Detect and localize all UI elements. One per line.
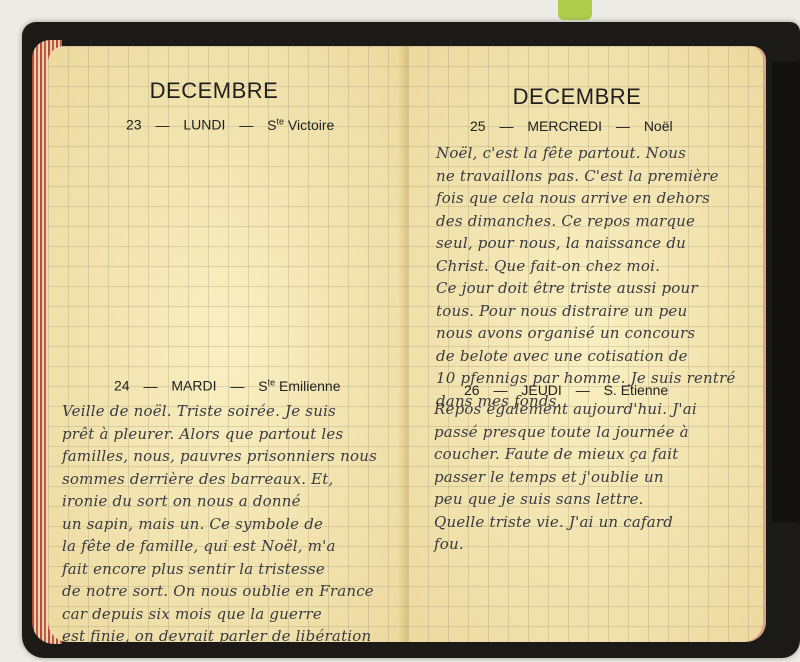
day-number: 25 — [470, 118, 486, 134]
separator: — — [616, 118, 630, 134]
day-header-26: 26 — JEUDI — S. Etienne — [464, 382, 668, 398]
day-header-24: 24 — MARDI — Ste Emilienne — [114, 377, 341, 394]
green-bookmark-tab — [558, 0, 592, 20]
saint-name: Ste Victoire — [267, 117, 334, 133]
weekday: LUNDI — [183, 117, 225, 133]
handwritten-entry-26: Repos également aujourd'hui. J'ai passé … — [434, 398, 760, 556]
weekday: MERCREDI — [527, 118, 602, 134]
day-number: 24 — [114, 378, 130, 394]
cover-strap — [772, 62, 800, 522]
month-title-left: DECEMBRE — [34, 78, 394, 104]
handwritten-entry-25: Noël, c'est la fête partout. Nous ne tra… — [436, 142, 762, 412]
weekday: JEUDI — [521, 382, 561, 398]
day-number: 26 — [464, 382, 480, 398]
separator: — — [239, 117, 253, 133]
right-page: DECEMBRE 25 — MERCREDI — Noël Noël, c'es… — [408, 46, 766, 642]
saint-name: S. Etienne — [604, 382, 669, 398]
day-header-25: 25 — MERCREDI — Noël — [470, 118, 673, 134]
month-title-right: DECEMBRE — [398, 84, 756, 110]
saint-name: Noël — [644, 118, 673, 134]
left-page: DECEMBRE 23 — LUNDI — Ste Victoire 24 — … — [48, 46, 408, 642]
day-header-23: 23 — LUNDI — Ste Victoire — [126, 116, 334, 133]
saint-name: Ste Emilienne — [258, 378, 340, 394]
day-number: 23 — [126, 117, 142, 133]
weekday: MARDI — [171, 378, 216, 394]
separator: — — [230, 378, 244, 394]
separator: — — [499, 118, 513, 134]
separator: — — [143, 378, 157, 394]
handwritten-entry-24: Veille de noël. Triste soirée. Je suis p… — [62, 400, 402, 648]
separator: — — [576, 382, 590, 398]
separator: — — [493, 382, 507, 398]
separator: — — [155, 117, 169, 133]
